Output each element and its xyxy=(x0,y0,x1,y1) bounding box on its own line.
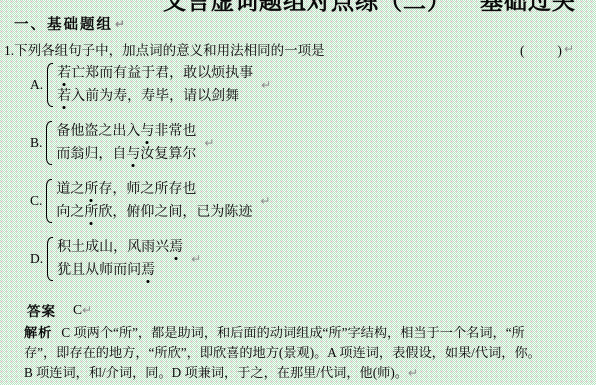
text-segment: 积土成山，风雨兴 xyxy=(57,240,169,255)
option-b-sentence-2: 而翁归，自与汝复算尔 xyxy=(56,143,196,166)
option-a-sentence-1: 若亡郑而有益于君，敢以烦执事 xyxy=(57,62,253,85)
emphasized-char: 焉 xyxy=(169,236,183,259)
option-d-sentences: 积土成山，风雨兴焉 犹且从师而问焉 xyxy=(57,236,183,282)
text-segment: 非常也 xyxy=(154,124,196,139)
question-stem: 1.下列各组句子中，加点词的意义和用法相同的一项是 xyxy=(4,39,325,59)
text-segment: 存，师之所存也 xyxy=(98,182,196,197)
emphasized-char: 所 xyxy=(84,201,98,224)
paragraph-mark-icon: ↵ xyxy=(204,137,214,149)
answer-value: C xyxy=(73,302,82,318)
analysis-line-3: B 项连词，和/介词，同。D 项兼词，于之，在那里/代词，他(师)。↵ xyxy=(24,363,592,383)
text-segment: 汝复算尔 xyxy=(140,147,196,162)
analysis-block: 解析C 项两个“所”，都是助词，和后面的动词组成“所”字结构，相当于一个名词，“… xyxy=(24,323,592,383)
option-c-sentences: 道之所存，师之所存也 向之所欣，俯仰之间，已为陈迹 xyxy=(56,178,252,224)
emphasized-char: 若 xyxy=(57,85,71,108)
text-segment: 犹且从师而问 xyxy=(57,263,141,278)
option-b-sentence-1: 备他盗之出入与非常也 xyxy=(56,120,196,143)
text-segment: 道之 xyxy=(56,182,84,197)
option-a-sentence-2: 若入前为寿，寿毕，请以剑舞 xyxy=(57,85,253,108)
option-c-sentence-2: 向之所欣，俯仰之间，已为陈迹 xyxy=(56,201,252,224)
paragraph-mark-icon: ↵ xyxy=(261,79,271,91)
text-segment: 欣，俯仰之间，已为陈迹 xyxy=(98,205,252,220)
text-segment: 亡郑而有益于君，敢以烦执事 xyxy=(71,66,253,81)
analysis-text: C 项两个“所”，都是助词，和后面的动词组成“所”字结构，相当于一个名词，“所 xyxy=(61,325,524,340)
option-b-sentences: 备他盗之出入与非常也 而翁归，自与汝复算尔 xyxy=(56,120,196,166)
emphasized-char: 焉 xyxy=(141,259,155,282)
emphasized-char: 与 xyxy=(126,143,140,166)
option-d-sentence-2: 犹且从师而问焉 xyxy=(57,259,183,282)
options-list: A. 若亡郑而有益于君，敢以烦执事 若入前为寿，寿毕，请以剑舞 ↵ B. 备他盗… xyxy=(30,62,596,282)
clipped-page-title: 文言虚词题组对点练（二） 基础过关 xyxy=(0,0,596,7)
emphasized-char: 所 xyxy=(84,178,98,201)
option-d-sentence-1: 积土成山，风雨兴焉 xyxy=(57,236,183,259)
left-brace-icon xyxy=(46,121,52,165)
text-segment: 而翁归，自 xyxy=(56,147,126,162)
question-line: 1.下列各组句子中，加点词的意义和用法相同的一项是 ( ) ↵ xyxy=(4,40,574,58)
option-a-label: A. xyxy=(30,77,43,93)
section-heading: 一、基础题组 ↵ xyxy=(14,13,596,34)
paragraph-mark-icon: ↵ xyxy=(191,253,201,265)
paragraph-mark-icon: ↵ xyxy=(82,304,92,316)
option-c-label: C. xyxy=(30,193,42,209)
analysis-label: 解析 xyxy=(24,325,52,340)
option-b: B. 备他盗之出入与非常也 而翁归，自与汝复算尔 ↵ xyxy=(30,120,596,166)
paragraph-mark-icon: ↵ xyxy=(408,366,418,380)
text-segment: 备他盗之出入 xyxy=(56,124,140,139)
analysis-line-1: 解析C 项两个“所”，都是助词，和后面的动词组成“所”字结构，相当于一个名词，“… xyxy=(24,323,592,343)
analysis-line-2: 存”，即存在的地方，“所欣”，即欣喜的地方(景观)。A 项连词，表假设，如果/代… xyxy=(24,343,592,363)
option-d: D. 积土成山，风雨兴焉 犹且从师而问焉 ↵ xyxy=(30,236,596,282)
answer-bracket: ( ) xyxy=(520,39,564,59)
option-c-sentence-1: 道之所存，师之所存也 xyxy=(56,178,252,201)
answer-line: 答案 C ↵ xyxy=(27,301,596,318)
answer-label: 答案 xyxy=(27,300,56,320)
option-a-sentences: 若亡郑而有益于君，敢以烦执事 若入前为寿，寿毕，请以剑舞 xyxy=(57,62,253,108)
clipped-title-right: 基础过关 xyxy=(480,0,576,16)
clipped-title-left: 文言虚词题组对点练（二） xyxy=(163,0,451,16)
text-segment: 入前为寿，寿毕，请以剑舞 xyxy=(71,89,239,104)
worksheet-page: 文言虚词题组对点练（二） 基础过关 一、基础题组 ↵ 1.下列各组句子中，加点词… xyxy=(0,0,596,385)
left-brace-icon xyxy=(47,63,53,107)
analysis-text: B 项连词，和/介词，同。D 项兼词，于之，在那里/代词，他(师)。 xyxy=(24,365,408,380)
paragraph-mark-icon: ↵ xyxy=(564,43,574,55)
section-heading-text: 一、基础题组 xyxy=(14,13,113,34)
paragraph-mark-icon: ↵ xyxy=(115,18,127,30)
left-brace-icon xyxy=(46,179,52,223)
option-d-label: D. xyxy=(30,251,43,267)
text-segment: 向之 xyxy=(56,205,84,220)
analysis-text: 存”，即存在的地方，“所欣”，即欣喜的地方(景观)。A 项连词，表假设，如果/代… xyxy=(24,345,541,360)
option-c: C. 道之所存，师之所存也 向之所欣，俯仰之间，已为陈迹 ↵ xyxy=(30,178,596,224)
option-a: A. 若亡郑而有益于君，敢以烦执事 若入前为寿，寿毕，请以剑舞 ↵ xyxy=(30,62,596,108)
paragraph-mark-icon: ↵ xyxy=(260,195,270,207)
left-brace-icon xyxy=(47,237,53,281)
option-b-label: B. xyxy=(30,135,42,151)
emphasized-char: 与 xyxy=(140,120,154,143)
emphasized-char: 若 xyxy=(57,62,71,85)
